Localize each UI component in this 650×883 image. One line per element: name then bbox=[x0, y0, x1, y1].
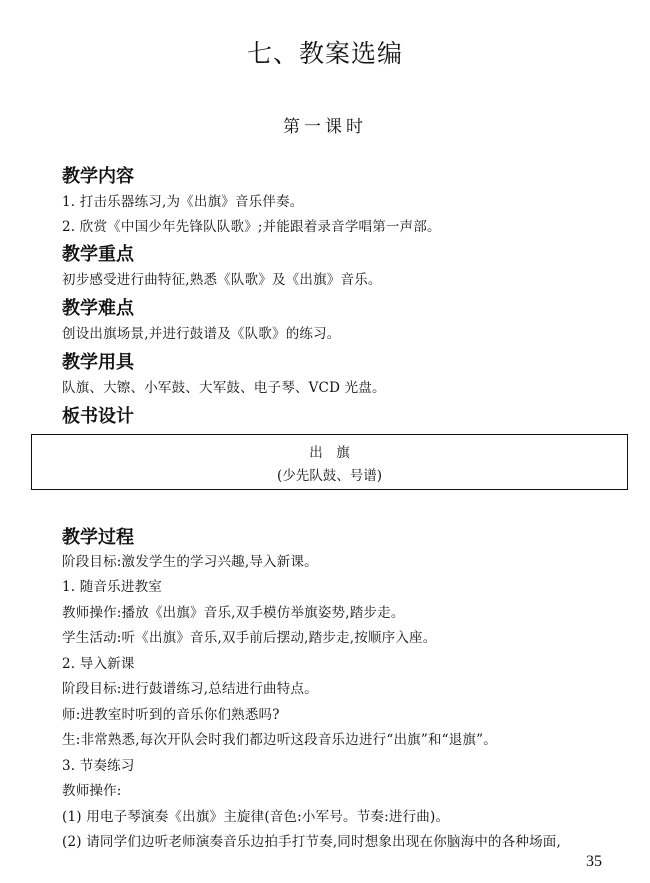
process-line: 师:进教室时听到的音乐你们熟悉吗? bbox=[62, 703, 280, 723]
heading-content: 教学内容 bbox=[62, 162, 134, 188]
process-line: 生:非常熟悉,每次开队会时我们都边听这段音乐边进行“出旗”和“退旗”。 bbox=[62, 728, 497, 748]
board-line-subtitle: (少先队鼓、号谱) bbox=[32, 464, 627, 484]
process-line: 教师操作: bbox=[62, 779, 122, 799]
process-line: 1. 随音乐进教室 bbox=[62, 575, 162, 595]
page-number: 35 bbox=[586, 853, 602, 871]
process-line: 学生活动:听《出旗》音乐,双手前后摆动,踏步走,按顺序入座。 bbox=[62, 626, 436, 646]
process-line: 阶段目标:进行鼓谱练习,总结进行曲特点。 bbox=[62, 677, 318, 697]
heading-difficulties: 教学难点 bbox=[62, 294, 134, 320]
board-design-box: 出 旗 (少先队鼓、号谱) bbox=[31, 434, 628, 490]
process-line: (1) 用电子琴演奏《出旗》主旋律(音色:小军号。节奏:进行曲)。 bbox=[62, 805, 449, 825]
process-line: 2. 导入新课 bbox=[62, 652, 135, 672]
process-line: 3. 节奏练习 bbox=[62, 754, 135, 774]
heading-tools: 教学用具 bbox=[62, 348, 134, 374]
board-line-title: 出 旗 bbox=[32, 441, 627, 461]
heading-process: 教学过程 bbox=[62, 523, 134, 549]
process-line: 阶段目标:激发学生的学习兴趣,导入新课。 bbox=[62, 550, 318, 570]
tools-text: 队旗、大镲、小军鼓、大军鼓、电子琴、VCD 光盘。 bbox=[62, 376, 386, 396]
process-line: 教师操作:播放《出旗》音乐,双手模仿举旗姿势,踏步走。 bbox=[62, 601, 405, 621]
heading-key-points: 教学重点 bbox=[62, 240, 134, 266]
content-item-2: 2. 欣赏《中国少年先锋队队歌》;并能跟着录音学唱第一声部。 bbox=[62, 215, 441, 235]
lesson-title: 第一课时 bbox=[0, 112, 650, 137]
key-points-text: 初步感受进行曲特征,熟悉《队歌》及《出旗》音乐。 bbox=[62, 268, 382, 288]
difficulties-text: 创设出旗场景,并进行鼓谱及《队歌》的练习。 bbox=[62, 322, 341, 342]
chapter-title: 七、教案选编 bbox=[0, 34, 650, 70]
heading-board-design: 板书设计 bbox=[62, 402, 134, 428]
content-item-1: 1. 打击乐器练习,为《出旗》音乐伴奏。 bbox=[62, 190, 303, 210]
process-line: (2) 请同学们边听老师演奏音乐边拍手打节奏,同时想象出现在你脑海中的各种场面, bbox=[62, 830, 561, 850]
